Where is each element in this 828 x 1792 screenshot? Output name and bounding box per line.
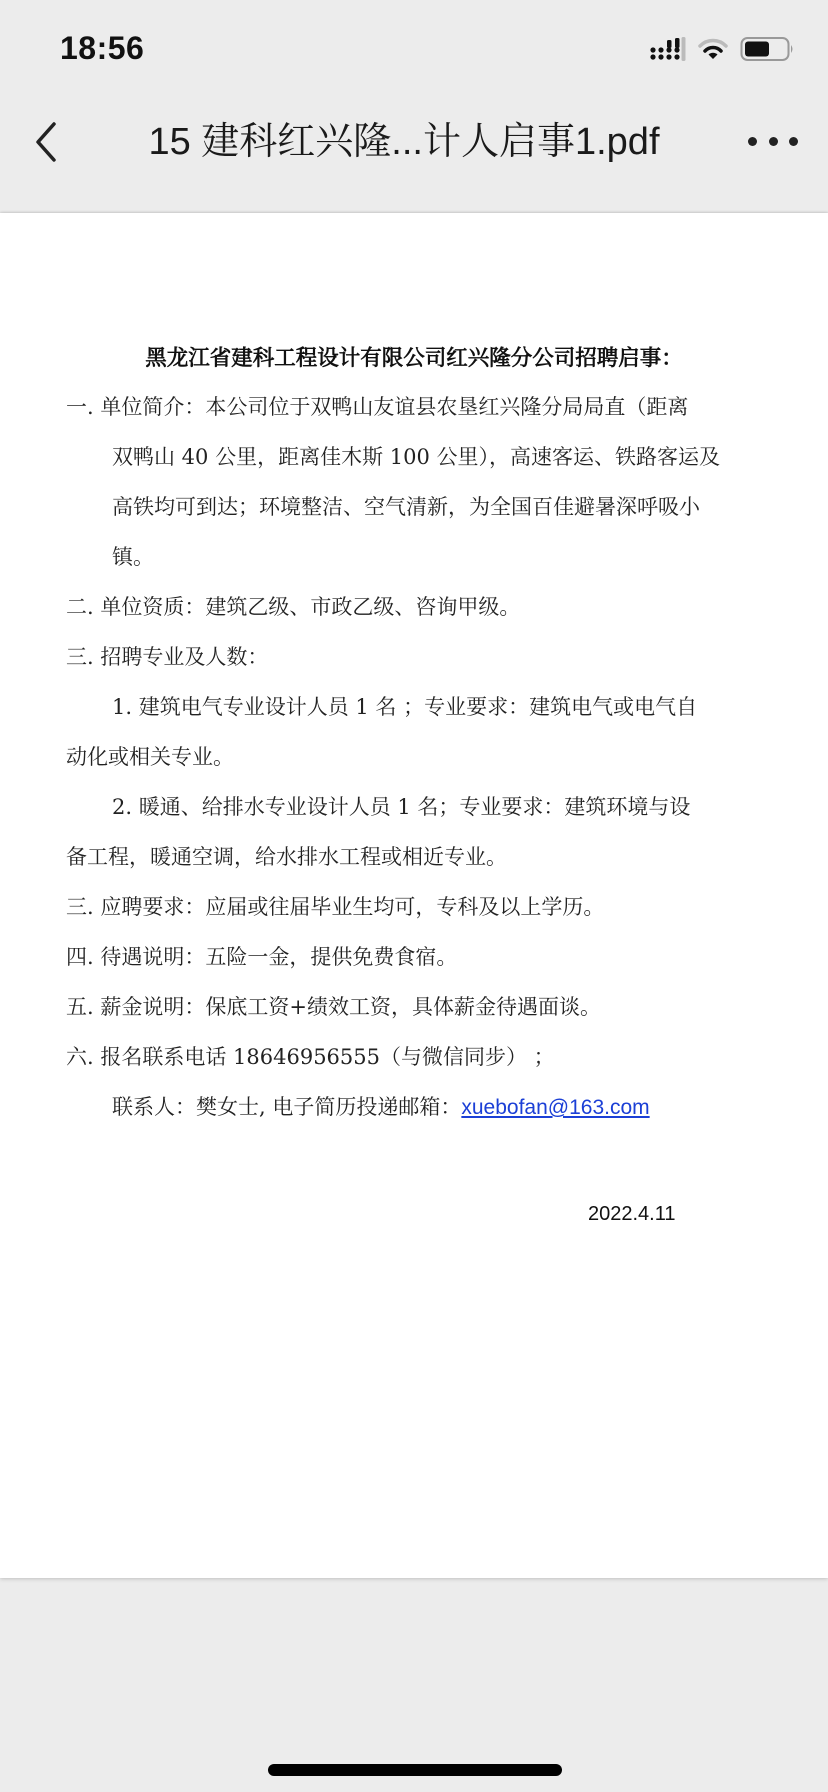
contact-line: 联系人：樊女士, 电子简历投递邮箱：xuebofan@163.com <box>112 1091 650 1121</box>
document-date: 2022.4.11 <box>588 1203 676 1226</box>
doc-line: 一. 单位简介：本公司位于双鸭山友谊县农垦红兴隆分局局直（距离 <box>66 391 688 421</box>
contact-prefix: 联系人：樊女士, 电子简历投递邮箱： <box>112 1095 461 1119</box>
document-heading: 黑龙江省建科工程设计有限公司红兴隆分公司招聘启事： <box>0 341 828 372</box>
doc-line: 动化或相关专业。 <box>66 741 234 771</box>
doc-line: 六. 报名联系电话 18646956555（与微信同步） ； <box>66 1041 555 1071</box>
doc-line: 三. 招聘专业及人数： <box>66 641 268 671</box>
more-dot-icon <box>748 137 757 146</box>
doc-line: 三. 应聘要求：应届或往届毕业生均可，专科及以上学历。 <box>66 891 604 921</box>
more-dot-icon <box>789 137 798 146</box>
doc-line: 镇。 <box>112 541 154 571</box>
doc-line: 四. 待遇说明：五险一金，提供免费食宿。 <box>66 941 457 971</box>
pdf-page[interactable]: 黑龙江省建科工程设计有限公司红兴隆分公司招聘启事： 一. 单位简介：本公司位于双… <box>0 213 828 1578</box>
status-time: 18:56 <box>60 30 144 67</box>
doc-line: 2. 暖通、给排水专业设计人员 1 名；专业要求：建筑环境与设 <box>112 791 690 821</box>
doc-line: 五. 薪金说明：保底工资+绩效工资，具体薪金待遇面谈。 <box>66 991 601 1021</box>
email-link[interactable]: xuebofan@163.com <box>461 1096 649 1119</box>
document-title: 15 建科红兴隆...计人启事1.pdf <box>90 114 718 170</box>
doc-line: 备工程，暖通空调，给水排水工程或相近专业。 <box>66 841 507 871</box>
doc-line: 1. 建筑电气专业设计人员 1 名 ；专业要求：建筑电气或电气自 <box>112 691 697 721</box>
more-dot-icon <box>769 137 778 146</box>
cellular-signal-icon <box>650 37 686 61</box>
wifi-icon <box>698 38 728 60</box>
chevron-left-icon <box>28 114 68 170</box>
doc-line: 高铁均可到达；环境整洁、空气清新，为全国百佳避暑深呼吸小 <box>112 491 700 521</box>
navigation-bar: 15 建科红兴隆...计人启事1.pdf <box>0 96 828 212</box>
battery-icon <box>740 36 796 62</box>
status-icons <box>650 36 796 62</box>
home-indicator[interactable] <box>268 1764 562 1776</box>
status-bar: 18:56 <box>0 0 828 96</box>
doc-line: 双鸭山 40 公里，距离佳木斯 100 公里），高速客运、铁路客运及 <box>112 441 720 471</box>
back-button[interactable] <box>28 114 68 170</box>
doc-line: 二. 单位资质：建筑乙级、市政乙级、咨询甲级。 <box>66 591 520 621</box>
more-options-button[interactable] <box>748 126 798 156</box>
